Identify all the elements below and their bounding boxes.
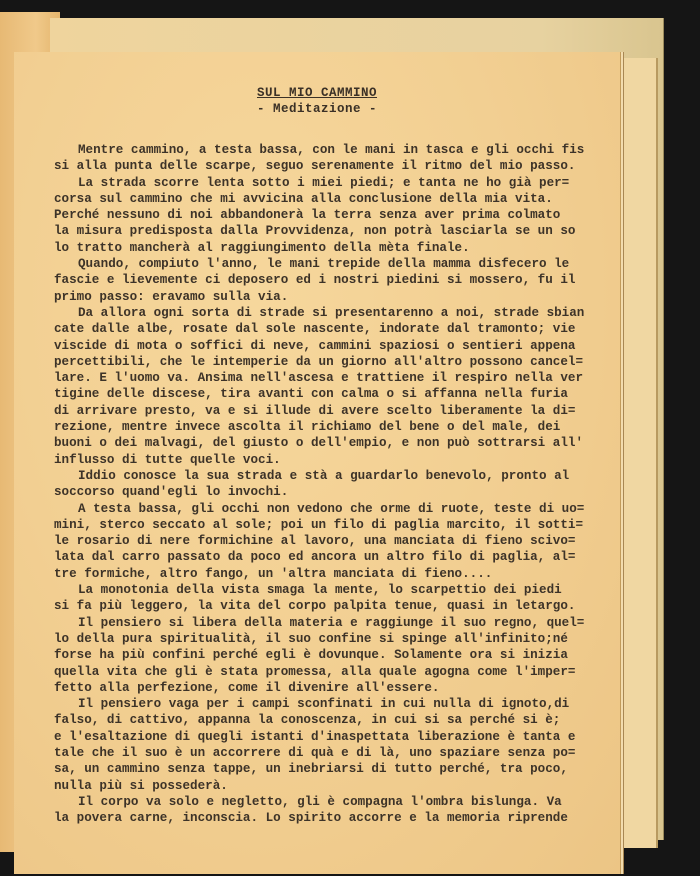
text-line: Il corpo va solo e negletto, gli è compa…: [54, 794, 614, 810]
text-line: falso, di cattivo, appanna la conoscenza…: [54, 712, 614, 728]
text-line: tigine delle discese, tira avanti con ca…: [54, 386, 614, 402]
text-line: lo della pura spiritualità, il suo confi…: [54, 631, 614, 647]
text-line: lare. E l'uomo va. Ansima nell'ascesa e …: [54, 370, 614, 386]
text-line: rezione, mentre invece ascolta il richia…: [54, 419, 614, 435]
text-line: e l'esaltazione di quegli istanti d'inas…: [54, 729, 614, 745]
text-line: forse ha più confini perché egli è dovun…: [54, 647, 614, 663]
text-line: corsa sul cammino che mi avvicina alla c…: [54, 191, 614, 207]
document-subtitle: - Meditazione -: [14, 102, 620, 116]
text-line: lata dal carro passato da poco ed ancora…: [54, 549, 614, 565]
text-line: Mentre cammino, a testa bassa, con le ma…: [54, 142, 614, 158]
document: SUL MIO CAMMINO - Meditazione - Mentre c…: [14, 52, 620, 874]
typewritten-page: SUL MIO CAMMINO - Meditazione - Mentre c…: [14, 52, 620, 874]
text-line: tale che il suo è un accorrere di quà e …: [54, 745, 614, 761]
text-line: Da allora ogni sorta di strade si presen…: [54, 305, 614, 321]
text-line: primo passo: eravamo sulla via.: [54, 289, 614, 305]
text-line: mini, sterco seccato al sole; poi un fil…: [54, 517, 614, 533]
text-line: influsso di tutte quelle voci.: [54, 452, 614, 468]
text-line: di arrivare presto, va e si illude di av…: [54, 403, 614, 419]
text-line: La monotonia della vista smaga la mente,…: [54, 582, 614, 598]
text-line: La strada scorre lenta sotto i miei pied…: [54, 175, 614, 191]
document-body: Mentre cammino, a testa bassa, con le ma…: [54, 142, 614, 826]
text-line: lo tratto mancherà al raggiungimento del…: [54, 240, 614, 256]
text-line: percettibili, che le intemperie da un gi…: [54, 354, 614, 370]
text-line: buoni o dei malvagi, del giusto o dell'e…: [54, 435, 614, 451]
text-line: Il pensiero si libera della materia e ra…: [54, 615, 614, 631]
text-line: si alla punta delle scarpe, seguo serena…: [54, 158, 614, 174]
text-line: la misura predisposta dalla Provvidenza,…: [54, 223, 614, 239]
text-line: fetto alla perfezione, come il divenire …: [54, 680, 614, 696]
text-line: fascie e lievemente ci deposero ed i nos…: [54, 272, 614, 288]
text-line: Iddio conosce la sua strada e stà a guar…: [54, 468, 614, 484]
text-line: viscide di mota o soffici di neve, cammi…: [54, 338, 614, 354]
text-line: cate dalle albe, rosate dal sole nascent…: [54, 321, 614, 337]
text-line: Perché nessuno di noi abbandonerà la ter…: [54, 207, 614, 223]
text-line: Quando, compiuto l'anno, le mani trepide…: [54, 256, 614, 272]
text-line: si fa più leggero, la vita del corpo pal…: [54, 598, 614, 614]
text-line: soccorso quand'egli lo invochi.: [54, 484, 614, 500]
text-line: A testa bassa, gli occhi non vedono che …: [54, 501, 614, 517]
text-line: tre formiche, altro fango, un 'altra man…: [54, 566, 614, 582]
text-line: Il pensiero vaga per i campi sconfinati …: [54, 696, 614, 712]
text-line: quella vita che gli è stata promessa, al…: [54, 664, 614, 680]
text-line: la povera carne, inconscia. Lo spirito a…: [54, 810, 614, 826]
document-title: SUL MIO CAMMINO: [14, 86, 620, 100]
text-line: nulla più si possederà.: [54, 778, 614, 794]
text-line: sa, un cammino senza tappe, un inebriars…: [54, 761, 614, 777]
text-line: le rosario di nere formichine al lavoro,…: [54, 533, 614, 549]
